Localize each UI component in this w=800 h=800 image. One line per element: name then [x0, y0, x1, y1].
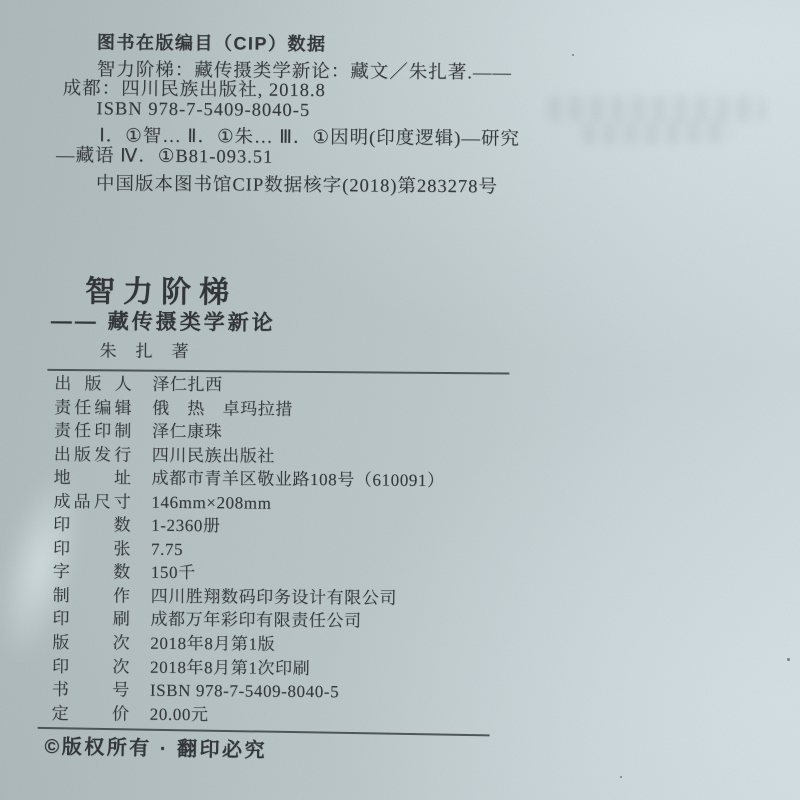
colophon-table: 出版人泽仁扎西 责任编辑俄 热 卓玛拉措 责任印制泽仁康珠 出版发行四川民族出版… — [52, 372, 695, 730]
colophon-label: 制作 — [53, 584, 131, 608]
cip-record-number: 中国版本图书馆CIP数据核字(2018)第283278号 — [96, 175, 596, 199]
colophon-label: 书号 — [52, 678, 130, 702]
colophon-row-price: 定价20.00元 — [52, 702, 692, 731]
colophon-label: 地址 — [53, 466, 131, 490]
colophon-value: 四川民族出版社 — [152, 445, 275, 465]
colophon-value: 成都市青羊区敬业路108号（610091） — [151, 469, 444, 490]
page-content: 图书在版编目（CIP）数据 智力阶梯：藏传摄类学新论：藏文／朱扎著.—— 成都：… — [0, 0, 800, 800]
colophon-label: 版次 — [52, 631, 130, 655]
colophon-label: 出版发行 — [54, 443, 132, 467]
colophon-value: 1-2360册 — [151, 516, 221, 536]
cip-header: 图书在版编目（CIP）数据 — [97, 33, 597, 57]
book-title: 智力阶梯 — [85, 276, 276, 309]
colophon-value: 俄 热 卓玛拉措 — [152, 398, 293, 418]
title-block: 智力阶梯 —— 藏传摄类学新论 朱 扎 著 — [50, 276, 276, 363]
colophon-value: 四川胜翔数码印务设计有限公司 — [151, 587, 398, 608]
colophon-label: 印次 — [52, 655, 130, 679]
colophon-label: 出版人 — [54, 372, 132, 396]
colophon-value: 7.75 — [151, 540, 183, 559]
copyright-notice: ©版权所有 · 翻印必究 — [44, 734, 267, 764]
colophon-label: 成品尺寸 — [53, 490, 131, 514]
colophon-label: 定价 — [52, 702, 130, 726]
cip-line: ISBN 978-7-5409-8040-5 — [96, 100, 596, 124]
colophon-value: 泽仁康珠 — [152, 422, 223, 442]
colophon-value: 2018年8月第1版 — [150, 634, 275, 654]
cip-block: 图书在版编目（CIP）数据 智力阶梯：藏传摄类学新论：藏文／朱扎著.—— 成都：… — [56, 33, 597, 198]
colophon-value: 成都万年彩印有限责任公司 — [150, 610, 361, 631]
colophon-value: ISBN 978-7-5409-8040-5 — [150, 681, 339, 701]
colophon-label: 责任印制 — [54, 419, 132, 443]
book-author: 朱 扎 著 — [99, 341, 275, 362]
book-subtitle: —— 藏传摄类学新论 — [51, 310, 276, 336]
colophon-label: 印刷 — [52, 607, 130, 631]
colophon-value: 146mm×208mm — [151, 492, 271, 512]
colophon-label: 印数 — [53, 513, 131, 537]
colophon-value: 泽仁扎西 — [152, 375, 223, 395]
colophon-value: 20.00元 — [150, 704, 209, 723]
colophon-label: 责任编辑 — [54, 396, 132, 420]
colophon-label: 印张 — [53, 537, 131, 561]
colophon-value: 2018年8月第1次印刷 — [150, 657, 310, 677]
book-copyright-page-photo: 图书在版编目（CIP）数据 智力阶梯：藏传摄类学新论：藏文／朱扎著.—— 成都：… — [0, 0, 800, 800]
colophon-label: 字数 — [53, 560, 131, 584]
colophon-value: 150千 — [151, 563, 196, 582]
